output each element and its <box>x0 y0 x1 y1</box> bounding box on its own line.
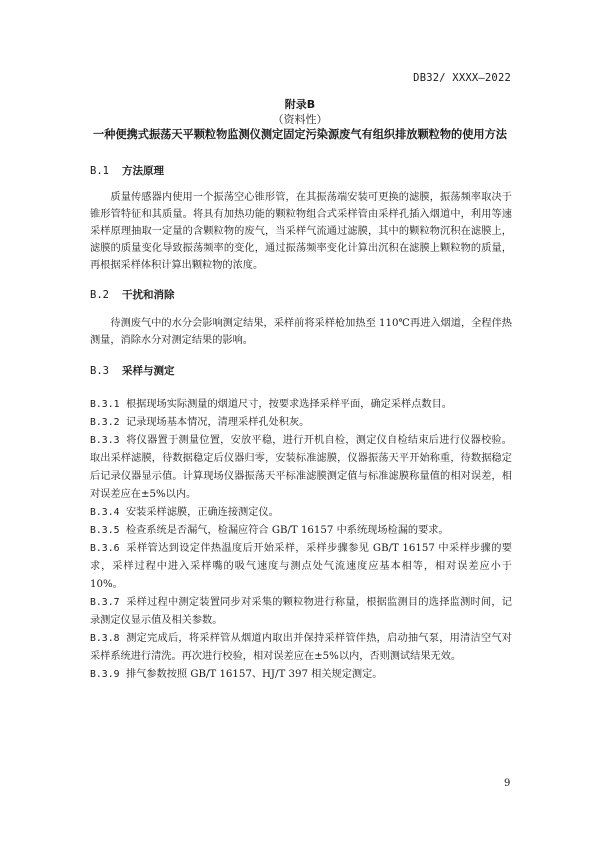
section-number: B.1 <box>90 165 122 177</box>
item-text: 检查系统是否漏气，检漏应符合 GB/T 16157 中系统现场检漏的要求。 <box>126 525 449 536</box>
section-paragraph-b1: 质量传感器内使用一个振荡空心锥形管，在其振荡端安装可更换的滤膜，振荡频率取决于锥… <box>90 189 512 274</box>
item-text: 排气参数按照 GB/T 16157、HJ/T 397 相关规定测定。 <box>126 669 382 680</box>
item-text: 测定完成后，将采样管从烟道内取出并保持采样管伴热，启动抽气泵，用清洁空气对采样系… <box>90 633 512 662</box>
item-number: B.3.7 <box>90 594 126 612</box>
item-text: 采样过程中测定装置同步对采集的颗粒物进行称量，根据监测目的选择监测时间，记录测定… <box>90 597 512 626</box>
item-text: 根据现场实际测量的烟道尺寸，按要求选择采样平面，确定采样点数目。 <box>126 399 452 410</box>
document-code: DB32/ XXXX—2022 <box>413 72 511 84</box>
section-title: 采样与测定 <box>122 365 175 377</box>
item-text: 安装采样滤膜，正确连接测定仪。 <box>126 507 279 518</box>
list-item: B.3.5检查系统是否漏气，检漏应符合 GB/T 16157 中系统现场检漏的要… <box>90 522 512 540</box>
list-item: B.3.7采样过程中测定装置同步对采集的颗粒物进行称量，根据监测目的选择监测时间… <box>90 594 512 630</box>
document-page: DB32/ XXXX—2022 附录B （资料性） 一种便携式振荡天平颗粒物监测… <box>0 0 600 848</box>
appendix-title: 一种便携式振荡天平颗粒物监测仪测定固定污染源废气有组织排放颗粒物的使用方法 <box>0 126 600 142</box>
appendix-nature: （资料性） <box>0 111 600 127</box>
item-number: B.3.8 <box>90 630 126 648</box>
item-number: B.3.1 <box>90 396 126 414</box>
section-title: 干扰和消除 <box>122 289 175 301</box>
section-number: B.2 <box>90 289 122 301</box>
item-text: 将仪器置于测量位置，安放平稳，进行开机自检，测定仪自检结束后进行仪器校验。取出采… <box>90 435 512 500</box>
section-number: B.3 <box>90 365 122 377</box>
item-text: 记录现场基本情况，清理采样孔处积灰。 <box>126 417 309 428</box>
list-item: B.3.6采样管达到设定伴热温度后开始采样，采样步骤参见 GB/T 16157 … <box>90 540 512 594</box>
list-item: B.3.9排气参数按照 GB/T 16157、HJ/T 397 相关规定测定。 <box>90 666 512 684</box>
section-paragraph-b2: 待测废气中的水分会影响测定结果，采样前将采样枪加热至 110℃再进入烟道，全程伴… <box>90 315 512 349</box>
list-item: B.3.4安装采样滤膜，正确连接测定仪。 <box>90 504 512 522</box>
list-item: B.3.3将仪器置于测量位置，安放平稳，进行开机自检，测定仪自检结束后进行仪器校… <box>90 432 512 504</box>
item-number: B.3.9 <box>90 666 126 684</box>
item-number: B.3.2 <box>90 414 126 432</box>
section-heading-b2: B.2干扰和消除 <box>90 287 175 302</box>
item-number: B.3.4 <box>90 504 126 522</box>
item-number: B.3.5 <box>90 522 126 540</box>
item-number: B.3.6 <box>90 540 126 558</box>
list-item: B.3.2记录现场基本情况，清理采样孔处积灰。 <box>90 414 512 432</box>
list-item: B.3.1根据现场实际测量的烟道尺寸，按要求选择采样平面，确定采样点数目。 <box>90 396 512 414</box>
item-number: B.3.3 <box>90 432 126 450</box>
page-number: 9 <box>504 778 510 789</box>
item-text: 采样管达到设定伴热温度后开始采样，采样步骤参见 GB/T 16157 中采样步骤… <box>90 543 512 590</box>
section-title: 方法原理 <box>122 165 164 177</box>
section-items-b3: B.3.1根据现场实际测量的烟道尺寸，按要求选择采样平面，确定采样点数目。 B.… <box>90 396 512 684</box>
appendix-label: 附录B <box>0 96 600 112</box>
section-heading-b1: B.1方法原理 <box>90 163 164 178</box>
list-item: B.3.8测定完成后，将采样管从烟道内取出并保持采样管伴热，启动抽气泵，用清洁空… <box>90 630 512 666</box>
section-heading-b3: B.3采样与测定 <box>90 363 175 378</box>
